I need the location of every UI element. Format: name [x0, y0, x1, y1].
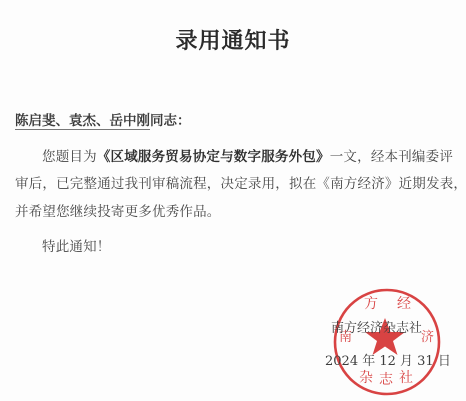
- seal-char-zhi: 志: [379, 371, 394, 388]
- body-line-3: 并希望您继续投寄更多优秀作品。: [15, 200, 221, 220]
- body-line-1-prefix: 您题目为: [42, 149, 97, 165]
- signature-date: 2024 年 12 月 31 日: [325, 350, 451, 369]
- signature-organization: 南方经济杂志社: [331, 317, 422, 336]
- recipient-names: 陈启斐、袁杰、岳中刚: [15, 113, 150, 130]
- body-line-2: 审后，已完整通过我刊审稿流程，决定录用，拟在《南方经济》近期发表，: [15, 172, 466, 192]
- acceptance-letter: 录用通知书 陈启斐、袁杰、岳中刚同志： 您题目为《区域服务贸易协定与数字服务外包…: [0, 0, 466, 401]
- seal-char-jing: 经: [397, 296, 411, 312]
- document-title: 录用通知书: [0, 24, 466, 55]
- seal-char-ji: 济: [421, 329, 434, 345]
- closing-line: 特此通知！: [42, 235, 111, 255]
- official-seal: 方 经 南 济 杂 志 社: [331, 286, 443, 398]
- salutation-suffix: 同志：: [150, 113, 191, 129]
- body-line-1-suffix: 一文，经本刊编委评: [330, 149, 453, 165]
- seal-char-she: 社: [399, 370, 413, 386]
- seal-char-fang: 方: [364, 296, 378, 312]
- seal-char-za: 杂: [359, 369, 373, 386]
- salutation: 陈启斐、袁杰、岳中刚同志：: [15, 109, 191, 129]
- body-line-1: 您题目为《区域服务贸易协定与数字服务外包》一文，经本刊编委评: [42, 145, 453, 165]
- paper-title: 《区域服务贸易协定与数字服务外包》: [97, 149, 330, 165]
